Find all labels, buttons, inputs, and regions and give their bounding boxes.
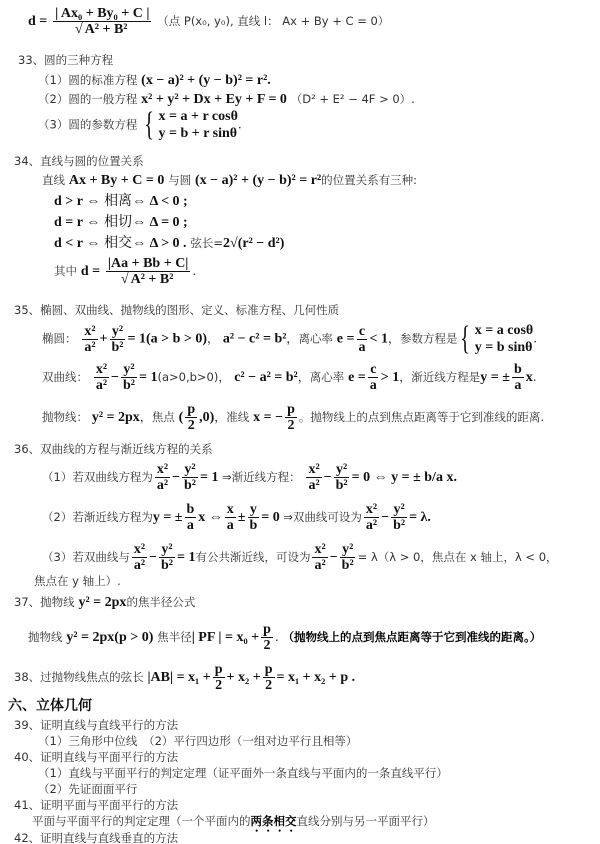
section-40-line-1: （1）直线与平面平行的判定定理（证平面外一条直线与平面内的一条直线平行）: [38, 765, 448, 781]
section-34-heading: 34、直线与圆的位置关系: [14, 153, 144, 169]
hyperbola-asym-3: （3）若双曲线与x²a²−y²b²= 1有公共渐近线，可设为x²a²−y²b²=…: [42, 542, 558, 573]
chapter-heading: 六、立体几何: [8, 698, 92, 714]
hyperbola-asym-2: （2）若渐近线方程为y = ±bax ⇔xa±yb= 0 ⇒双曲线可设为x²a²…: [42, 502, 431, 533]
parabola-row: 抛物线： y² = 2px，焦点 (p2,0)，准线 x = −p2。抛物线上的…: [42, 402, 544, 433]
hyperbola-asym-3-cont: 焦点在 y 轴上）.: [34, 573, 121, 589]
distance-formula: d = | Ax₀ + By₀ + C | √A² + B² （点 P(x₀, …: [28, 6, 389, 37]
distance-where: 其中 d = |Aa + Bb + C|√A² + B².: [54, 256, 196, 287]
section-36-heading: 36、双曲线的方程与渐近线方程的关系: [14, 441, 213, 457]
section-41-heading: 41、证明平面与平面平行的方法: [14, 797, 178, 813]
section-40-heading: 40、证明直线与平面平行的方法: [14, 749, 178, 765]
circle-param-eq: （3）圆的参数方程 {x = a + r cosθy = b + r sinθ.: [38, 108, 242, 142]
circle-standard-eq: （1）圆的标准方程 (x − a)² + (y − b)² = r².: [38, 72, 271, 89]
section-39-line: （1）三角形中位线 （2）平行四边形（一组对边平行且相等）: [38, 733, 357, 749]
formula-note: （点 P(x₀, y₀), 直线 l： Ax + By + C = 0）: [157, 14, 389, 28]
section-42-heading: 42、证明直线与直线垂直的方法: [14, 830, 178, 844]
ellipse-row: 椭圆： x²a²+y²b²= 1(a > b > 0)， a² − c² = b…: [42, 322, 537, 356]
formula-numerator: | Ax₀ + By₀ + C |: [53, 6, 151, 22]
hyperbola-row: 双曲线： x²a²−y²b²= 1(a>0,b>0)， c² − a² = b²…: [42, 362, 537, 393]
section-39-heading: 39、证明直线与直线平行的方法: [14, 717, 178, 733]
hyperbola-asym-1: （1）若双曲线方程为x²a²−y²b²= 1 ⇒渐近线方程： x²a²−y²b²…: [42, 462, 457, 493]
section-40-line-2: （2）先证面面平行: [38, 781, 137, 797]
circle-general-eq: （2）圆的一般方程 x² + y² + Dx + Ey + F = 0 （D² …: [38, 91, 415, 108]
case-tangent: d = r ⇔ 相切⇔ Δ = 0 ;: [54, 214, 188, 231]
line-circle-intro: 直线 Ax + By + C = 0 与圆 (x − a)² + (y − b)…: [42, 172, 417, 189]
case-intersect: d < r ⇔ 相交⇔ Δ > 0 . 弦长=2√(r² − d²): [54, 235, 284, 252]
section-37-heading: 37、抛物线 y² = 2px的焦半径公式: [14, 594, 195, 611]
case-separate: d > r ⇔ 相离⇔ Δ < 0 ;: [54, 193, 188, 210]
section-35-heading: 35、椭圆、双曲线、抛物线的图形、定义、标准方程、几何性质: [14, 302, 339, 318]
focal-radius-formula: 抛物线 y² = 2px(p > 0) 焦半径| PF | = x₀ +p2. …: [28, 622, 541, 653]
section-33-heading: 33、圆的三种方程: [18, 52, 113, 68]
section-38-heading: 38、过抛物线焦点的弦长 |AB| = x₁ +p2+ x₂ +p2= x₁ +…: [14, 662, 355, 693]
